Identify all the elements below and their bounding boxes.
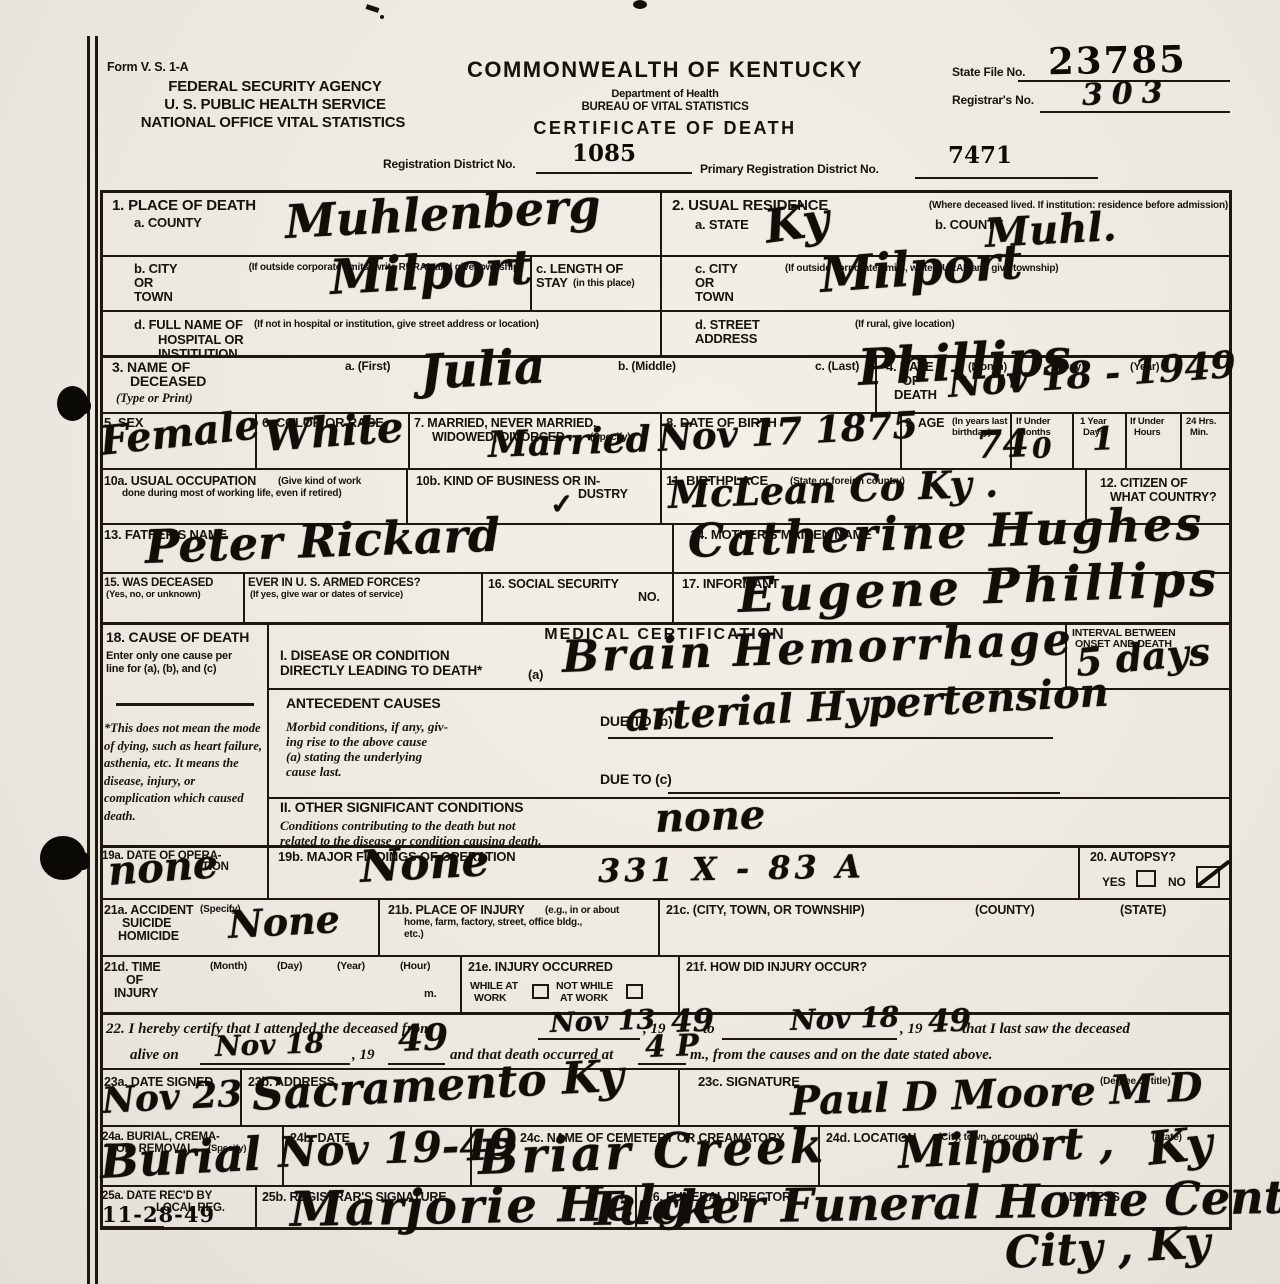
scan-left-rule-inner bbox=[95, 36, 98, 1284]
form-number: Form V. S. 1-A bbox=[107, 60, 188, 74]
divider bbox=[100, 1012, 1232, 1015]
certify-to-value: Nov 18 bbox=[789, 1000, 899, 1037]
agency-line-2: U. S. PUBLIC HEALTH SERVICE bbox=[110, 97, 440, 114]
divider bbox=[1072, 412, 1074, 468]
date-received-value: 11-28-49 bbox=[102, 1202, 215, 1227]
primary-district-number: 7471 bbox=[948, 142, 1012, 169]
primary-district-underline bbox=[915, 177, 1098, 179]
date-signed-value: Nov 23 bbox=[101, 1073, 243, 1122]
divider bbox=[672, 572, 674, 622]
agency-line-1: FEDERAL SECURITY AGENCY bbox=[110, 79, 440, 96]
age-days-value: 1 bbox=[1091, 419, 1115, 458]
ink-blot-lower-2 bbox=[76, 852, 90, 870]
while-at-work-checkbox bbox=[532, 984, 549, 999]
agency-line-3: NATIONAL OFFICE VITAL STATISTICS bbox=[98, 115, 448, 132]
reg-district-number: 1085 bbox=[572, 140, 636, 167]
certify-alive-value: Nov 18 bbox=[214, 1026, 324, 1063]
divider bbox=[100, 955, 1232, 957]
accident-value: None bbox=[227, 896, 341, 947]
divider bbox=[408, 412, 410, 468]
divider bbox=[378, 898, 380, 955]
funeral-director-value-2: City , Ky bbox=[1004, 1217, 1212, 1279]
reg-district-label: Registration District No. bbox=[383, 158, 515, 171]
autopsy-yes-checkbox bbox=[1136, 870, 1156, 887]
certificate-title: CERTIFICATE OF DEATH bbox=[450, 118, 880, 138]
certify-from-value: Nov 13 bbox=[549, 1004, 655, 1039]
divider bbox=[100, 468, 1232, 470]
document-title: COMMONWEALTH OF KENTUCKY bbox=[450, 58, 880, 83]
certify-line-3 bbox=[200, 1063, 350, 1065]
operation-date-value: none bbox=[106, 840, 219, 895]
divider bbox=[267, 622, 269, 845]
divider bbox=[100, 255, 1232, 257]
burial-value: Burial bbox=[99, 1127, 263, 1189]
divider bbox=[1180, 412, 1182, 468]
divider bbox=[243, 572, 245, 622]
certify-line-2 bbox=[722, 1038, 897, 1040]
operation-findings-code: 331 X - 83 A bbox=[598, 847, 865, 890]
registrar-label: Registrar's No. bbox=[952, 94, 1034, 107]
first-name-value: Julia bbox=[419, 338, 547, 400]
ink-blot-upper-2 bbox=[78, 398, 91, 414]
operation-findings-value: None bbox=[359, 835, 491, 893]
state-value: Ky bbox=[761, 191, 833, 253]
dept-line: Department of Health bbox=[450, 88, 880, 100]
divider bbox=[672, 523, 674, 572]
scan-speck-1 bbox=[366, 4, 380, 13]
divider bbox=[1125, 412, 1127, 468]
certify-year-3: 49 bbox=[397, 1016, 449, 1060]
marital-value: Married bbox=[487, 418, 651, 466]
reg-district-underline bbox=[536, 172, 692, 174]
divider bbox=[100, 845, 1232, 848]
city-value: Milport bbox=[329, 239, 534, 306]
divider bbox=[660, 190, 662, 355]
divider bbox=[678, 1068, 680, 1125]
not-while-at-work-checkbox bbox=[626, 984, 643, 999]
divider bbox=[255, 1185, 257, 1230]
certify-year-2: 49 bbox=[927, 1003, 971, 1040]
primary-district-label: Primary Registration District No. bbox=[700, 163, 879, 176]
cause-rule bbox=[116, 703, 254, 706]
divider bbox=[1078, 845, 1080, 898]
divider bbox=[658, 898, 660, 955]
divider bbox=[460, 955, 462, 1012]
burial-location-state-value: Ky bbox=[1145, 1115, 1215, 1175]
certify-hour-value: 4 P bbox=[644, 1028, 699, 1065]
race-value: White bbox=[262, 402, 405, 461]
divider bbox=[100, 310, 1232, 312]
registrar-number: 303 bbox=[1081, 75, 1172, 113]
business-check-mark: ✓ bbox=[549, 487, 574, 521]
other-conditions-value: none bbox=[654, 791, 766, 842]
age-months-value: 0 bbox=[1031, 431, 1052, 465]
scan-speck-2 bbox=[633, 0, 647, 9]
bureau-line: BUREAU OF VITAL STATISTICS bbox=[450, 101, 880, 114]
registrar-underline bbox=[1040, 111, 1230, 113]
divider bbox=[481, 572, 483, 622]
scan-left-rule-outer bbox=[87, 36, 90, 1284]
state-file-label: State File No. bbox=[952, 66, 1025, 79]
scan-speck-3 bbox=[380, 15, 384, 19]
divider bbox=[267, 845, 269, 898]
death-certificate-scan: { "header": { "form_no": "Form V. S. 1-A… bbox=[0, 0, 1280, 1284]
